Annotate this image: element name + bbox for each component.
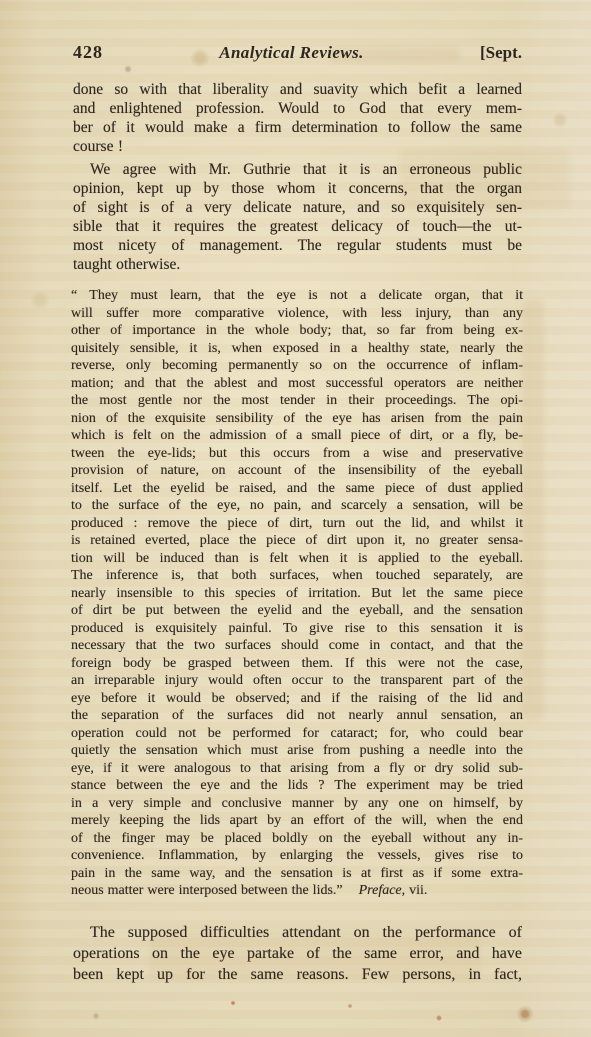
paragraph-continuation: done so with that liberality and suavity… — [73, 80, 522, 156]
citation-source: Preface — [359, 883, 402, 898]
text-line: pain in the same way, and the sensation … — [71, 865, 523, 883]
text-line: done so with that liberality and suavity… — [73, 80, 522, 99]
text-line: tween the eye-lids; but this occurs from… — [71, 445, 523, 463]
text-line: been kept up for the same reasons. Few p… — [73, 964, 522, 985]
running-header: 428 Analytical Reviews. [Sept. — [73, 42, 522, 63]
text-line: produced : remove the piece of dirt, tur… — [71, 515, 523, 533]
text-line: most nicety of management. The regular s… — [73, 236, 522, 255]
text-line: the separation of the surfaces did not n… — [71, 707, 523, 725]
bleed-through-smudge — [522, 300, 544, 720]
text-line: of dirt be put between the eyelid and th… — [71, 602, 523, 620]
text-line: other of importance in the whole body; t… — [71, 322, 523, 340]
text-line: operations on the eye partake of the sam… — [73, 943, 522, 964]
text-line: sible that it requires the greatest deli… — [73, 217, 522, 236]
text-line: quietly the sensation which must arise f… — [71, 742, 523, 760]
text-line: is retained everted, place the piece of … — [71, 532, 523, 550]
text-line: necessary that the two surfaces should c… — [71, 637, 523, 655]
text-line: merely keeping the lids apart by an effo… — [71, 812, 523, 830]
text-line: foreign body be grasped between them. If… — [71, 655, 523, 673]
text-line: produced is exquisitely painful. To give… — [71, 620, 523, 638]
text-line: “ They must learn, that the eye is not a… — [71, 287, 523, 305]
citation-page: , vii. — [402, 883, 428, 898]
running-title: Analytical Reviews. — [103, 43, 480, 63]
text-line: ber of it would make a firm determinatio… — [73, 118, 522, 137]
text-line: in a very simple and conclusive manner b… — [71, 795, 523, 813]
text-line: to the surface of the eye, no pain, and … — [71, 497, 523, 515]
text-line: itself. Let the eyelid be raised, and th… — [71, 480, 523, 498]
text-line: eye, if it were analogous to that arisin… — [71, 760, 523, 778]
text-line: and enlightened profession. Would to God… — [73, 99, 522, 118]
text-line: We agree with Mr. Guthrie that it is an … — [73, 160, 522, 179]
issue-month-label: [Sept. — [480, 43, 522, 63]
text-line: an irreparable injury would often occur … — [71, 672, 523, 690]
text-line: provision of nature, on account of the i… — [71, 462, 523, 480]
text-line: of sight is of a very delicate nature, a… — [73, 198, 522, 217]
text-line: tion will be induced than is felt when i… — [71, 550, 523, 568]
book-page-scan: 428 Analytical Reviews. [Sept. done so w… — [0, 0, 591, 1037]
text-line: the most gentle nor the most tender in t… — [71, 392, 523, 410]
text-line: taught otherwise. — [73, 255, 522, 274]
paragraph-supposed-difficulties: The supposed difficulties attendant on t… — [73, 922, 522, 985]
quote-final-text: neous matter were interposed between the… — [71, 883, 343, 898]
block-quote-preface: “ They must learn, that the eye is not a… — [71, 287, 523, 900]
text-line: nion of the exquisite sensibility of the… — [71, 410, 523, 428]
text-line: eye before it would be observed; and if … — [71, 690, 523, 708]
text-line: quisitely sensible, it is, when exposed … — [71, 340, 523, 358]
page-number: 428 — [73, 42, 103, 63]
text-line: opinion, kept up by those whom it concer… — [73, 179, 522, 198]
text-line: which is felt on the admission of a smal… — [71, 427, 523, 445]
text-line: course ! — [73, 137, 522, 156]
quote-final-line: neous matter were interposed between the… — [71, 882, 523, 900]
text-line: mation; and that the ablest and most suc… — [71, 375, 523, 393]
text-line: convenience. Inflammation, by enlarging … — [71, 847, 523, 865]
text-line: The inference is, that both surfaces, wh… — [71, 567, 523, 585]
text-line: of the finger may be placed boldly on th… — [71, 830, 523, 848]
text-line: operation could not be performed for cat… — [71, 725, 523, 743]
text-line: reverse, only becoming permanently so on… — [71, 357, 523, 375]
text-line: will suffer more comparative violence, w… — [71, 305, 523, 323]
text-line: nearly insensible to this species of irr… — [71, 585, 523, 603]
paragraph-guthrie-opinion: We agree with Mr. Guthrie that it is an … — [73, 160, 522, 274]
text-line: The supposed difficulties attendant on t… — [73, 922, 522, 943]
text-line: stance between the eye and the lids ? Th… — [71, 777, 523, 795]
